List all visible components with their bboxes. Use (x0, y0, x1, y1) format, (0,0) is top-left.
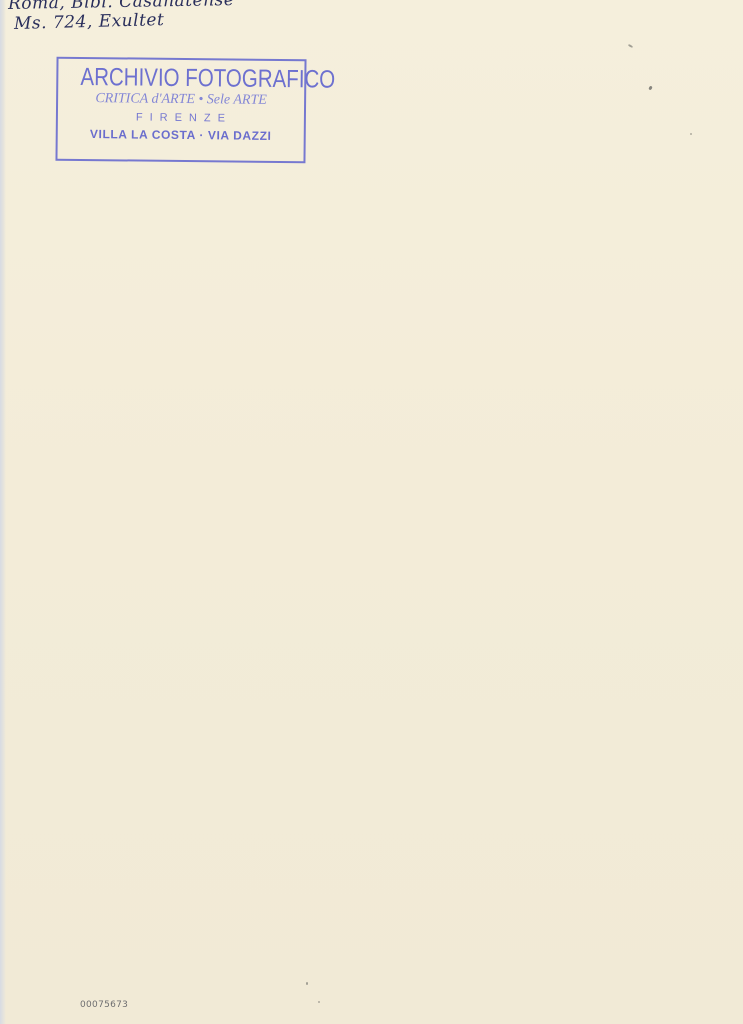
paper-speck (628, 44, 633, 48)
stamp-subtitle: CRITICA d'ARTE • Sele ARTE (58, 91, 304, 110)
paper-speck (690, 133, 692, 135)
archive-stamp: ARCHIVIO FOTOGRAFICO CRITICA d'ARTE • Se… (55, 57, 306, 164)
inventory-number: 00075673 (80, 1000, 128, 1010)
paper-speck (318, 1001, 320, 1003)
stamp-title: ARCHIVIO FOTOGRAFICO (80, 63, 282, 93)
photo-verso-page: Roma, Bibl. Casanatense Ms. 724, Exultet… (0, 0, 743, 1024)
scan-edge (0, 0, 6, 1024)
handwritten-note-manuscript: Ms. 724, Exultet (14, 10, 165, 34)
stamp-address: VILLA LA COSTA · VIA DAZZI (58, 126, 304, 145)
paper-speck (306, 982, 308, 985)
paper-speck (648, 86, 653, 91)
stamp-city: FIRENZE (58, 109, 304, 128)
